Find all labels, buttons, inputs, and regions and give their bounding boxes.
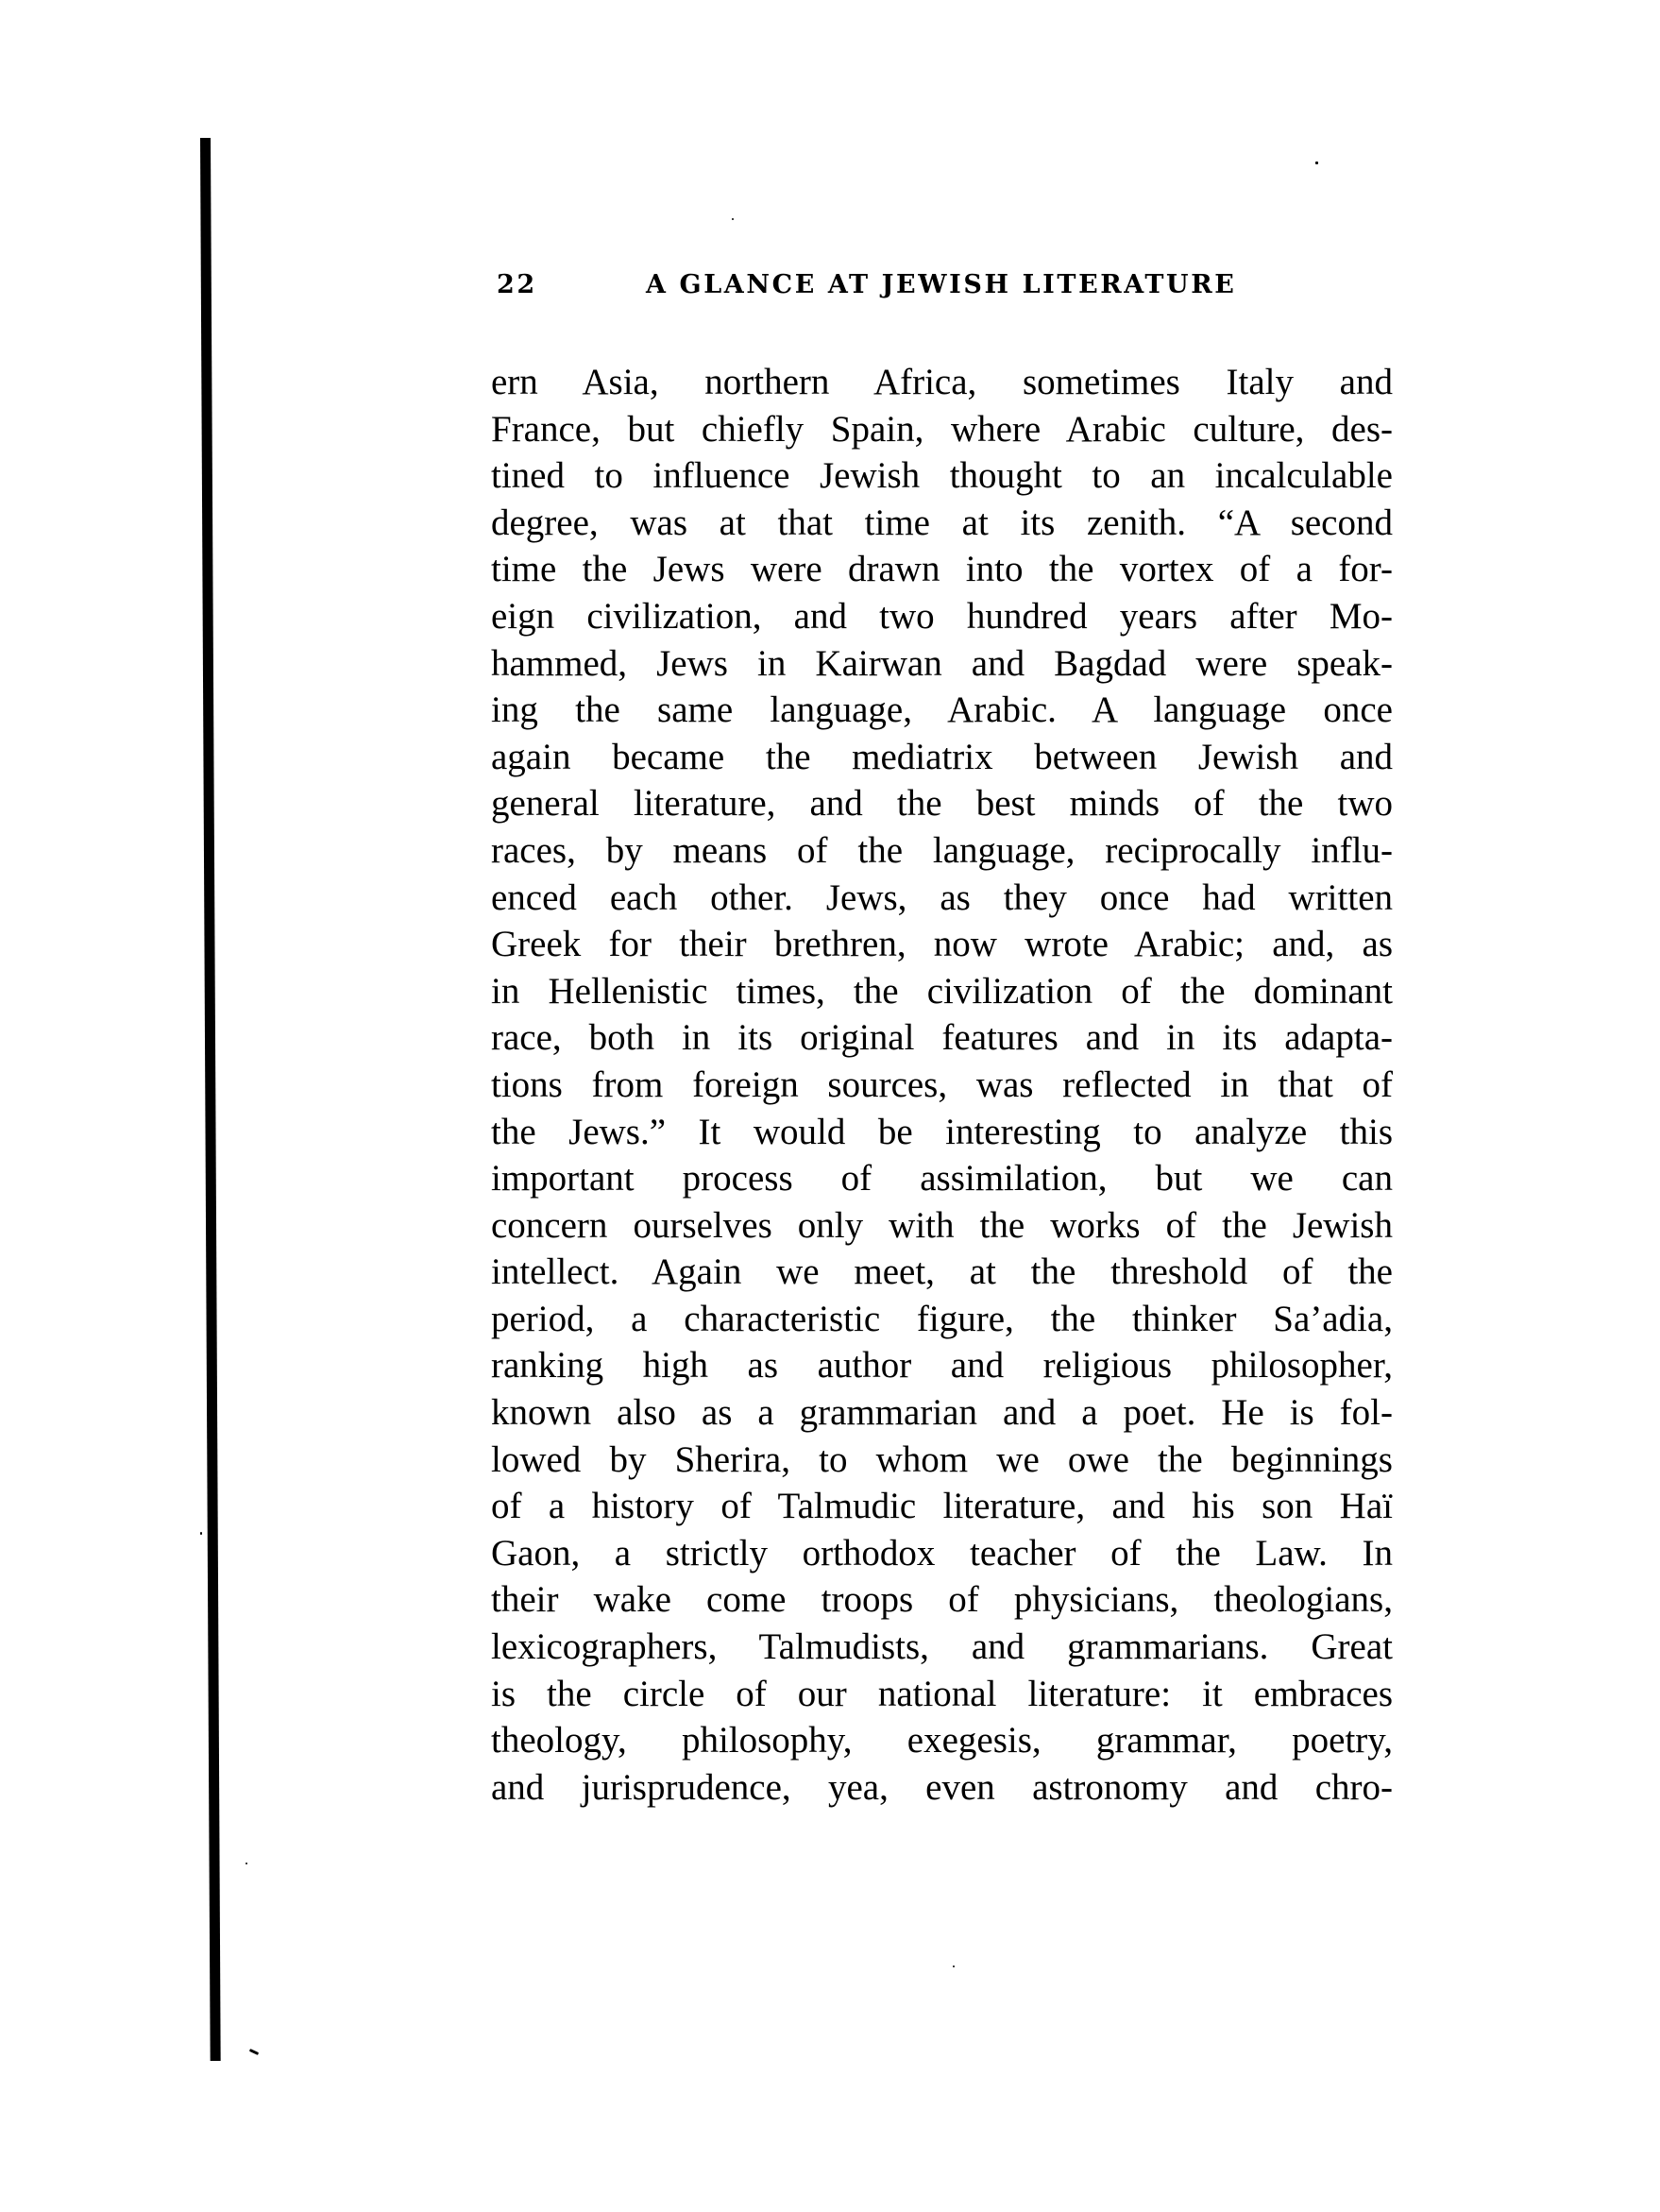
text-line: theology, philosophy, exegesis, grammar,… bbox=[491, 1717, 1393, 1764]
text-line: their wake come troops of physicians, th… bbox=[491, 1576, 1393, 1624]
running-title: A GLANCE AT JEWISH LITERATURE bbox=[646, 270, 1236, 299]
text-line: is the circle of our national literature… bbox=[491, 1671, 1393, 1718]
text-line: general literature, and the best minds o… bbox=[491, 780, 1393, 827]
text-line: intellect. Again we meet, at the thresho… bbox=[491, 1249, 1393, 1296]
scan-speck bbox=[953, 1965, 955, 1967]
scan-speck bbox=[1315, 162, 1318, 164]
text-line: Greek for their brethren, now wrote Arab… bbox=[491, 921, 1393, 968]
scan-speck bbox=[200, 1532, 202, 1535]
text-line: known also as a grammarian and a poet. H… bbox=[491, 1389, 1393, 1437]
text-line: race, both in its original features and … bbox=[491, 1014, 1393, 1062]
scan-speck bbox=[246, 1863, 247, 1864]
binding-edge-shadow bbox=[200, 138, 221, 2061]
text-line: ranking high as author and religious phi… bbox=[491, 1342, 1393, 1389]
text-line: enced each other. Jews, as they once had… bbox=[491, 875, 1393, 922]
text-line: again became the mediatrix between Jewis… bbox=[491, 734, 1393, 781]
scan-speck bbox=[732, 218, 734, 220]
text-line: tions from foreign sources, was reflecte… bbox=[491, 1062, 1393, 1109]
text-line: concern ourselves only with the works of… bbox=[491, 1202, 1393, 1250]
text-line: in Hellenistic times, the civilization o… bbox=[491, 968, 1393, 1015]
text-line: of a history of Talmudic literature, and… bbox=[491, 1483, 1393, 1530]
text-line: eign civilization, and two hundred years… bbox=[491, 593, 1393, 640]
text-line: races, by means of the language, recipro… bbox=[491, 827, 1393, 875]
scanned-book-page: 22 A GLANCE AT JEWISH LITERATURE ern Asi… bbox=[0, 0, 1660, 2212]
text-line: ing the same language, Arabic. A languag… bbox=[491, 687, 1393, 734]
scan-speck bbox=[249, 2049, 259, 2055]
text-line: degree, was at that time at its zenith. … bbox=[491, 500, 1393, 547]
page-number: 22 bbox=[497, 270, 537, 299]
text-line: ern Asia, northern Africa, sometimes Ita… bbox=[491, 359, 1393, 406]
body-paragraph: ern Asia, northern Africa, sometimes Ita… bbox=[491, 359, 1393, 1811]
text-line: and jurisprudence, yea, even astronomy a… bbox=[491, 1764, 1393, 1812]
text-line: hammed, Jews in Kairwan and Bagdad were … bbox=[491, 640, 1393, 688]
text-line: lowed by Sherira, to whom we owe the beg… bbox=[491, 1437, 1393, 1484]
text-line: time the Jews were drawn into the vortex… bbox=[491, 546, 1393, 593]
text-line: France, but chiefly Spain, where Arabic … bbox=[491, 406, 1393, 453]
text-line: period, a characteristic figure, the thi… bbox=[491, 1296, 1393, 1343]
text-line: lexicographers, Talmudists, and grammari… bbox=[491, 1624, 1393, 1671]
text-line: the Jews.” It would be interesting to an… bbox=[491, 1109, 1393, 1156]
running-head: 22 A GLANCE AT JEWISH LITERATURE bbox=[497, 270, 1252, 302]
text-line: tined to influence Jewish thought to an … bbox=[491, 452, 1393, 500]
text-line: Gaon, a strictly orthodox teacher of the… bbox=[491, 1530, 1393, 1577]
text-line: important process of assimilation, but w… bbox=[491, 1155, 1393, 1202]
